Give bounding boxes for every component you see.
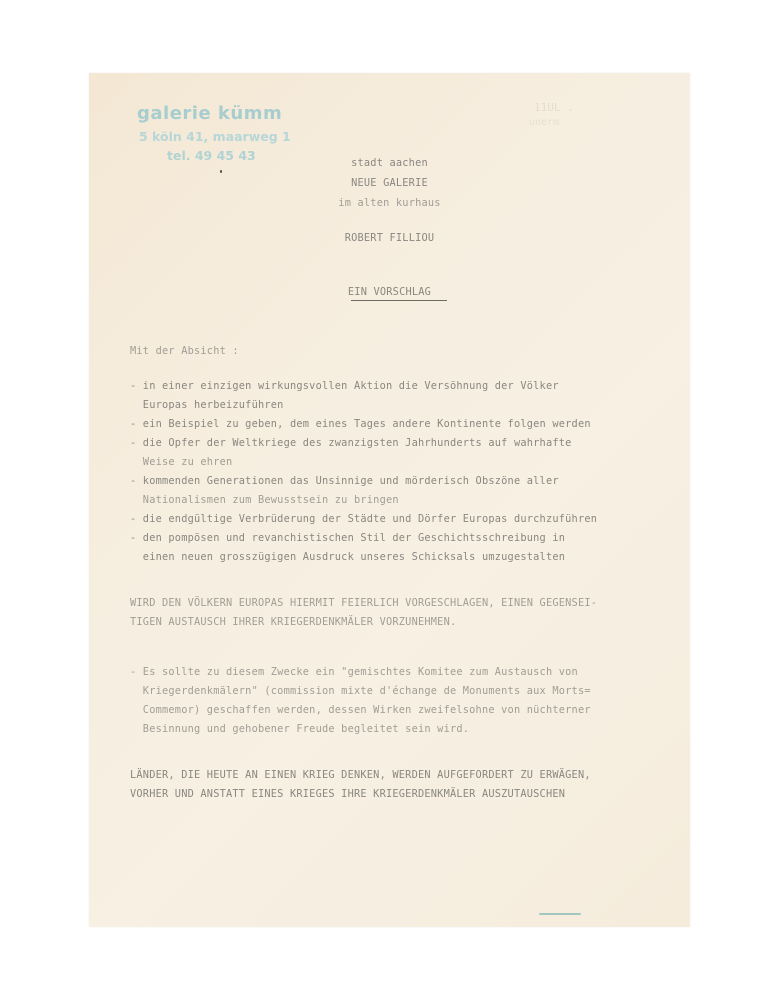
letterhead-gallery-name: galerie kümm <box>137 103 282 124</box>
closing-line: LÄNDER, DIE HEUTE AN EINEN KRIEG DENKEN,… <box>130 769 591 781</box>
header-gallery: NEUE GALERIE <box>89 177 690 189</box>
header-author: ROBERT FILLIOU <box>89 232 690 244</box>
letterhead-address: 5 köln 41, maarweg 1 <box>139 129 291 144</box>
committee-line: Besinnung und gehobener Freude begleitet… <box>130 723 469 735</box>
intention-line: - den pompösen und revanchistischen Stil… <box>130 532 565 544</box>
proposal-line: TIGEN AUSTAUSCH IHRER KRIEGERDENKMÄLER V… <box>130 616 456 628</box>
intention-line: Weise zu ehren <box>130 456 232 468</box>
proposal-line: WIRD DEN VÖLKERN EUROPAS HIERMIT FEIERLI… <box>130 597 597 609</box>
title-underline <box>351 300 447 301</box>
intention-line: - die Opfer der Weltkriege des zwanzigst… <box>130 437 572 449</box>
document-title: EIN VORSCHLAG <box>89 286 690 298</box>
committee-line: Kriegerdenkmälern" (commission mixte d'é… <box>130 685 591 697</box>
document-page: galerie kümm 5 köln 41, maarweg 1 tel. 4… <box>89 73 690 927</box>
header-city: stadt aachen <box>89 157 690 169</box>
letterhead-faded-text: 11UL . <box>534 101 574 114</box>
intention-line: einen neuen grosszügigen Ausdruck unsere… <box>130 551 565 563</box>
intention-line: - die endgültige Verbrüderung der Städte… <box>130 513 597 525</box>
committee-line: Commemor) geschaffen werden, dessen Wirk… <box>130 704 591 716</box>
intro-text: Mit der Absicht : <box>130 345 239 357</box>
header-venue: im alten kurhaus <box>89 197 690 209</box>
intention-line: - in einer einzigen wirkungsvollen Aktio… <box>130 380 559 392</box>
intention-line: Europas herbeizuführen <box>130 399 284 411</box>
intention-line: - ein Beispiel zu geben, dem eines Tages… <box>130 418 591 430</box>
intention-line: - kommenden Generationen das Unsinnige u… <box>130 475 559 487</box>
ink-speck <box>220 170 222 173</box>
committee-line: - Es sollte zu diesem Zwecke ein "gemisc… <box>130 666 578 678</box>
ink-mark <box>539 913 581 915</box>
intention-line: Nationalismen zum Bewusstsein zu bringen <box>130 494 399 506</box>
closing-line: VORHER UND ANSTATT EINES KRIEGES IHRE KR… <box>130 788 565 800</box>
letterhead-faded-text-2: unerm <box>529 117 559 128</box>
